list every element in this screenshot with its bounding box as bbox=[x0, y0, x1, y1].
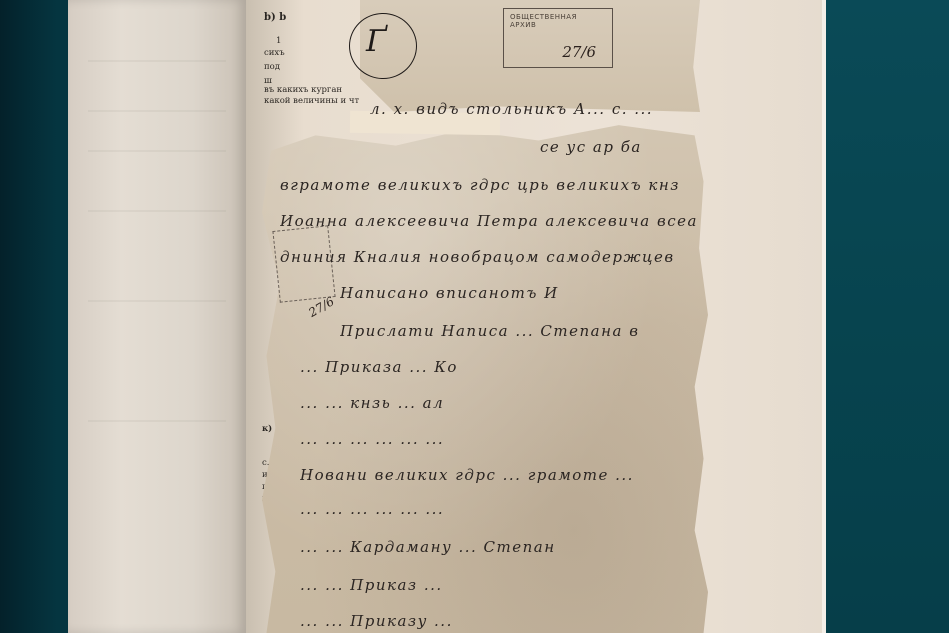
manuscript-line: ... ... Приказ ... bbox=[300, 576, 720, 594]
manuscript-line: дниния Кналия новобрацом самодержцев bbox=[280, 248, 700, 266]
manuscript-line: ... ... Приказу ... bbox=[300, 612, 720, 630]
manuscript-line: Новани великих гдрс ... грамоте ... bbox=[300, 466, 720, 484]
bleed-through-line bbox=[88, 60, 226, 62]
manuscript-line: ... Приказа ... Ко bbox=[300, 358, 720, 376]
manuscript-line: Прислати Написа ... Степана в bbox=[340, 322, 700, 340]
circled-mark-icon: Ґ bbox=[349, 13, 417, 79]
printed-heading-fragment: b) b bbox=[264, 12, 286, 23]
manuscript-line: Написано вписанотъ И bbox=[340, 284, 700, 302]
manuscript-line: ... ... Кардаману ... Степан bbox=[300, 538, 720, 556]
printed-line: какой величины и чт bbox=[264, 96, 359, 107]
printed-line: под bbox=[264, 62, 280, 73]
manuscript-scroll bbox=[262, 120, 708, 633]
manuscript-line: л. х. видъ стольникъ А... с. ... bbox=[370, 100, 690, 118]
bleed-through-line bbox=[88, 110, 226, 112]
archive-stamp-number: 27/6 bbox=[562, 43, 596, 61]
archive-stamp: ОБЩЕСТВЕННАЯ АРХИВ 27/6 bbox=[503, 8, 613, 68]
bleed-through-line bbox=[88, 210, 226, 212]
manuscript-line: вграмоте великихъ гдрс црь великихъ кнз bbox=[280, 176, 700, 194]
manuscript-line: ... ... ... ... ... ... bbox=[300, 430, 720, 448]
manuscript-line: Иоанна алексеевича Петра алексевича всеа bbox=[280, 212, 700, 230]
printed-line: 1 bbox=[276, 36, 281, 47]
left-page-blank bbox=[68, 0, 246, 633]
manuscript-line: се ус ар ба bbox=[540, 138, 700, 156]
archive-stamp-label: ОБЩЕСТВЕННАЯ АРХИВ bbox=[504, 9, 612, 29]
background-teal-right bbox=[822, 0, 949, 633]
bleed-through-line bbox=[88, 420, 226, 422]
manuscript-line: ... ... кнзь ... ал bbox=[300, 394, 720, 412]
printed-line: сихъ bbox=[264, 48, 285, 59]
manuscript-line: ... ... ... ... ... ... bbox=[300, 500, 720, 518]
circled-glyph: Ґ bbox=[366, 24, 386, 59]
printed-line: въ какихъ курган bbox=[264, 85, 342, 96]
bleed-through-line bbox=[88, 300, 226, 302]
bleed-through-line bbox=[88, 150, 226, 152]
